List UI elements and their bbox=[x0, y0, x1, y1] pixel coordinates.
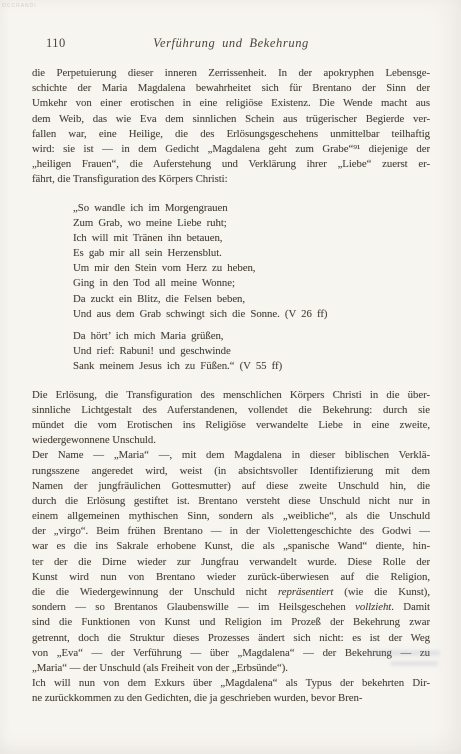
verse-line: Sank meinem Jesus ich zu Füßen.“ (V 55 f… bbox=[73, 359, 430, 374]
text-line: fallen war, eine Heilige, die des Erlösu… bbox=[32, 127, 430, 142]
text-line: Die Erlösung, die Transfiguration des me… bbox=[32, 388, 430, 403]
text-line: mündet die vom Erotischen ins Religiöse … bbox=[32, 418, 430, 433]
paragraph: Ich will nun von dem Exkurs über „Magdal… bbox=[32, 676, 430, 706]
verse-line: Es gab mir all sein Herzensblut. bbox=[73, 246, 430, 261]
page-header: 110 Verführung und Bekehrung bbox=[32, 36, 430, 52]
verse-line: Um mir den Stein vom Herz zu heben, bbox=[73, 261, 430, 276]
verse-line: Da zuckt ein Blitz, die Felsen beben, bbox=[73, 292, 430, 307]
verse-line: Und rief: Rabuni! und geschwinde bbox=[73, 344, 430, 359]
verse-line: Da hört’ ich mich Maria grüßen, bbox=[73, 329, 430, 344]
running-title: Verführung und Bekehrung bbox=[32, 36, 430, 51]
text-line: ter der die Dirne wieder zur Jungfrau ve… bbox=[32, 555, 430, 570]
text-line: einem allgemeinen mythischen Sinn, sonde… bbox=[32, 509, 430, 524]
text-line: durch die Erlösung gestiftet ist. Brenta… bbox=[32, 494, 430, 509]
text-line: Kunst wird nun von Brentano wieder zurüc… bbox=[32, 570, 430, 585]
text-line: rungsszene angeredet wird, weist (in abs… bbox=[32, 464, 430, 479]
verse-line: Ich will mit Tränen ihn betauen, bbox=[73, 231, 430, 246]
text-line: Umkehr von einer erotischen in eine reli… bbox=[32, 96, 430, 111]
text-line: Der Name — „Maria“ —, mit dem Magdalena … bbox=[32, 448, 430, 463]
text-line: sinnliche Lichtgestalt des Auferstandene… bbox=[32, 403, 430, 418]
book-page-scan: OCCRANDI 110 Verführung und Bekehrung di… bbox=[0, 0, 461, 754]
text-line: wiedergewonnene Unschuld. bbox=[32, 433, 430, 448]
text-line: sind die Funktionen von Kunst und Religi… bbox=[32, 615, 430, 630]
text-line: Namen der jungfräulichen Gottesmutter) a… bbox=[32, 479, 430, 494]
scan-watermark: OCCRANDI bbox=[2, 3, 37, 9]
text-line: der „virgo“. Beim frühen Brentano — in d… bbox=[32, 524, 430, 539]
text-line: war es die ins Sakrale erhobene Kunst, d… bbox=[32, 539, 430, 554]
text-line: getrennt, doch die Struktur dieses Proze… bbox=[32, 631, 430, 646]
text-column: die Perpetuierung dieser inneren Zerriss… bbox=[32, 66, 430, 707]
text-line: fährt, die Transfiguration des Körpers C… bbox=[32, 172, 430, 187]
paragraph: Der Name — „Maria“ —, mit dem Magdalena … bbox=[32, 448, 430, 676]
verse-line: „So wandle ich im Morgengrauen bbox=[73, 201, 430, 216]
text-line: Ich will nun von dem Exkurs über „Magdal… bbox=[32, 676, 430, 691]
verse-line: Und aus dem Grab schwingt sich die Sonne… bbox=[73, 307, 430, 322]
text-line: die die Wiedergewinnung der Unschuld nic… bbox=[32, 585, 430, 600]
verse-stanza: Da hört’ ich mich Maria grüßen,Und rief:… bbox=[73, 329, 430, 375]
verse-line: Ging in den Tod all meine Wonne; bbox=[73, 276, 430, 291]
ink-bleed-through bbox=[368, 650, 440, 656]
text-line: dem Weib, das wie Eva dem sinnlichen Sch… bbox=[32, 112, 430, 127]
paragraph: die Perpetuierung dieser inneren Zerriss… bbox=[32, 66, 430, 188]
page-number: 110 bbox=[46, 36, 66, 51]
verse-stanza: „So wandle ich im MorgengrauenZum Grab, … bbox=[73, 201, 430, 323]
text-line: ne zurückkommen zu den Gedichten, die ja… bbox=[32, 691, 430, 706]
text-line: sondern — so Brentanos Glaubenswille — i… bbox=[32, 600, 430, 615]
text-line: „heiligen Frauen“, die Auferstehung und … bbox=[32, 157, 430, 172]
text-line: schichte der Maria Magdalena bewahrheite… bbox=[32, 81, 430, 96]
ink-bleed-through bbox=[390, 661, 438, 666]
text-line: die Perpetuierung dieser inneren Zerriss… bbox=[32, 66, 430, 81]
text-line: „Maria“ — der Unschuld (als Freiheit von… bbox=[32, 661, 430, 676]
verse-line: Zum Grab, wo meine Liebe ruht; bbox=[73, 216, 430, 231]
text-line: wird: sie ist — in dem Gedicht „Magdalen… bbox=[32, 142, 430, 157]
paragraph: Die Erlösung, die Transfiguration des me… bbox=[32, 388, 430, 449]
